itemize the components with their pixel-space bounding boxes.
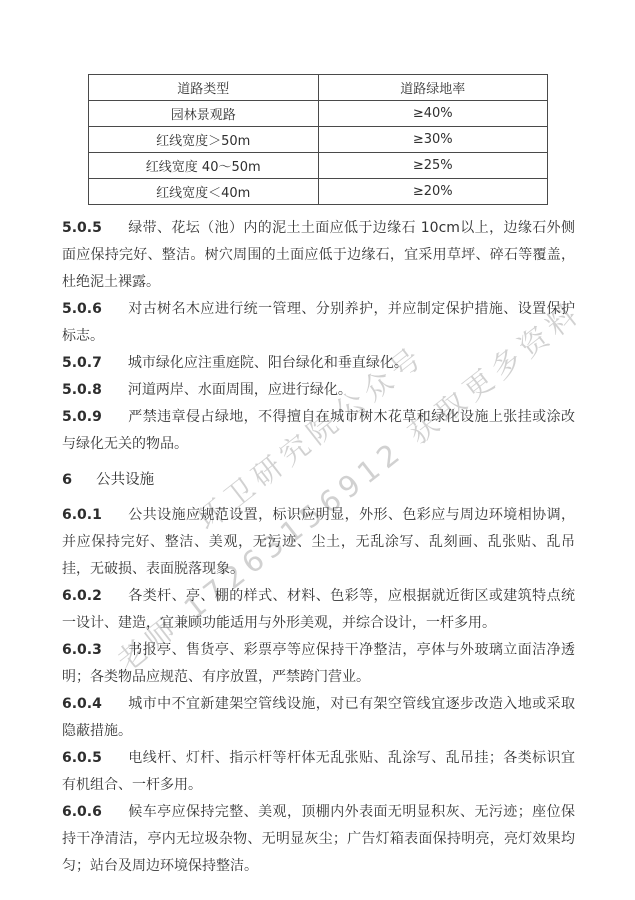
- clause-number: 6.0.6: [62, 804, 102, 820]
- table-row: 红线宽度＜40m ≥20%: [89, 179, 548, 205]
- clause-text: 绿带、花坛（池）内的泥土土面应低于边缘石 10cm以上，边缘石外侧面应保持完好、…: [62, 220, 575, 290]
- clause-number: 6.0.3: [62, 642, 102, 658]
- table-cell-green-rate: ≥40%: [318, 101, 548, 127]
- clause-5-0-7: 5.0.7城市绿化应注重庭院、阳台绿化和垂直绿化。: [62, 350, 575, 377]
- chapter-title: 公共设施: [96, 472, 154, 488]
- clause-text: 对古树名木应进行统一管理、分别养护，并应制定保护措施、设置保护标志。: [62, 301, 575, 344]
- clause-text: 河道两岸、水面周围，应进行绿化。: [128, 382, 352, 398]
- clause-text: 城市绿化应注重庭院、阳台绿化和垂直绿化。: [128, 355, 408, 371]
- clause-number: 5.0.7: [62, 355, 102, 371]
- clause-6-0-4: 6.0.4城市中不宜新建架空管线设施，对已有架空管线宜逐步改造入地或采取隐蔽措施…: [62, 691, 575, 745]
- clause-5-0-8: 5.0.8河道两岸、水面周围，应进行绿化。: [62, 377, 575, 404]
- table-cell-road-type: 红线宽度＜40m: [89, 179, 319, 205]
- road-greening-rate-table: 道路类型 道路绿地率 园林景观路 ≥40% 红线宽度＞50m ≥30% 红线宽度…: [88, 74, 548, 205]
- table-header-green-rate: 道路绿地率: [318, 75, 548, 101]
- table-cell-green-rate: ≥20%: [318, 179, 548, 205]
- clause-6-0-6: 6.0.6候车亭应保持完整、美观，顶棚内外表面无明显积灰、无污迹；座位保持干净清…: [62, 799, 575, 880]
- clause-6-0-5: 6.0.5电线杆、灯杆、指示杆等杆体无乱张贴、乱涂写、乱吊挂；各类标识宜有机组合…: [62, 745, 575, 799]
- table-cell-road-type: 红线宽度＞50m: [89, 127, 319, 153]
- clause-6-0-3: 6.0.3书报亭、售货亭、彩票亭等应保持干净整洁，亭体与外玻璃立面洁净透明；各类…: [62, 637, 575, 691]
- clause-number: 6.0.5: [62, 750, 102, 766]
- table-cell-road-type: 园林景观路: [89, 101, 319, 127]
- table-cell-green-rate: ≥25%: [318, 153, 548, 179]
- clause-5-0-9: 5.0.9严禁违章侵占绿地，不得擅自在城市树木花草和绿化设施上张挂或涂改与绿化无…: [62, 404, 575, 458]
- clause-6-0-2: 6.0.2各类杆、亭、棚的样式、材料、色彩等，应根据就近街区或建筑特点统一设计、…: [62, 583, 575, 637]
- clause-number: 6.0.1: [62, 507, 102, 523]
- document-page: 环卫研究院公众号 老师 17263156912 获取更多资料 道路类型 道路绿地…: [0, 0, 635, 900]
- table-cell-road-type: 红线宽度 40～50m: [89, 153, 319, 179]
- clause-text: 电线杆、灯杆、指示杆等杆体无乱张贴、乱涂写、乱吊挂；各类标识宜有机组合、一杆多用…: [62, 750, 575, 793]
- clause-number: 5.0.9: [62, 409, 102, 425]
- clause-text: 书报亭、售货亭、彩票亭等应保持干净整洁，亭体与外玻璃立面洁净透明；各类物品应规范…: [62, 642, 575, 685]
- clause-text: 严禁违章侵占绿地，不得擅自在城市树木花草和绿化设施上张挂或涂改与绿化无关的物品。: [62, 409, 575, 452]
- document-content: 道路类型 道路绿地率 园林景观路 ≥40% 红线宽度＞50m ≥30% 红线宽度…: [62, 70, 575, 880]
- table-row: 红线宽度 40～50m ≥25%: [89, 153, 548, 179]
- clause-number: 5.0.5: [62, 220, 102, 236]
- chapter-heading-6: 6公共设施: [62, 467, 575, 494]
- table-row: 红线宽度＞50m ≥30%: [89, 127, 548, 153]
- table-cell-green-rate: ≥30%: [318, 127, 548, 153]
- clause-number: 5.0.8: [62, 382, 102, 398]
- clause-number: 6.0.4: [62, 696, 102, 712]
- table-header-row: 道路类型 道路绿地率: [89, 75, 548, 101]
- clause-5-0-6: 5.0.6对古树名木应进行统一管理、分别养护，并应制定保护措施、设置保护标志。: [62, 296, 575, 350]
- clause-6-0-1: 6.0.1公共设施应规范设置，标识应明显，外形、色彩应与周边环境相协调，并应保持…: [62, 502, 575, 583]
- clause-text: 候车亭应保持完整、美观，顶棚内外表面无明显积灰、无污迹；座位保持干净清洁，亭内无…: [62, 804, 575, 874]
- clause-text: 公共设施应规范设置，标识应明显，外形、色彩应与周边环境相协调，并应保持完好、整洁…: [62, 507, 575, 577]
- clause-number: 6.0.2: [62, 588, 102, 604]
- chapter-number: 6: [62, 472, 72, 488]
- table-row: 园林景观路 ≥40%: [89, 101, 548, 127]
- clause-text: 城市中不宜新建架空管线设施，对已有架空管线宜逐步改造入地或采取隐蔽措施。: [62, 696, 575, 739]
- clause-5-0-5: 5.0.5绿带、花坛（池）内的泥土土面应低于边缘石 10cm以上，边缘石外侧面应…: [62, 215, 575, 296]
- clause-number: 5.0.6: [62, 301, 102, 317]
- table-header-road-type: 道路类型: [89, 75, 319, 101]
- clause-text: 各类杆、亭、棚的样式、材料、色彩等，应根据就近街区或建筑特点统一设计、建造，宜兼…: [62, 588, 575, 631]
